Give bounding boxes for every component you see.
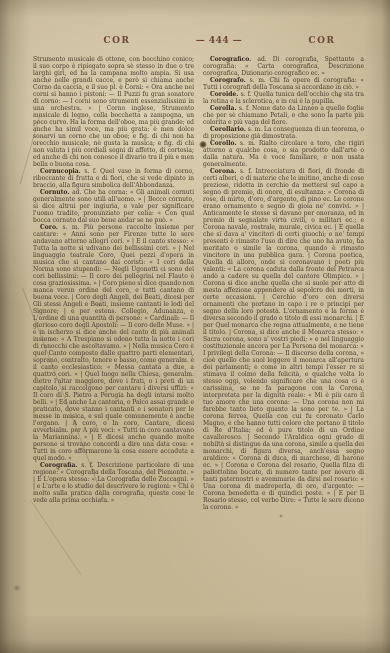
- paper-stain: [12, 585, 22, 591]
- entry-headword: Corollo.: [210, 140, 240, 147]
- running-head-left: COR: [103, 36, 130, 46]
- dictionary-entry: Corografo. s. m. Chi fa opere di corogra…: [203, 77, 364, 91]
- entry-headword: Corografo.: [210, 77, 250, 84]
- dictionary-entry: Coroide. s. f. Quella tunica dell'occhio…: [203, 91, 364, 105]
- dictionary-entry: Corografia. s. f. Descrizione particolar…: [33, 462, 194, 504]
- entry-headword: Corolla.: [210, 105, 239, 112]
- entry-headword: Cornucopia.: [40, 168, 84, 175]
- entry-headword: Corografico.: [210, 56, 257, 63]
- entry-headword: Coro.: [40, 224, 62, 231]
- text-block: Strumento musicale di ottone, con bocchi…: [33, 56, 364, 580]
- entry-headword: Corografia.: [40, 462, 81, 469]
- dictionary-entry: Strumento musicale di ottone, con bocchi…: [33, 56, 194, 168]
- page-header: COR — 444 — COR: [33, 36, 363, 50]
- dictionary-entry: Corografico. ad. Di corografia, Spettant…: [203, 56, 364, 77]
- entry-headword: Corona.: [210, 168, 240, 175]
- entry-headword: Cornuto.: [40, 189, 72, 196]
- entry-headword: Corollario.: [210, 126, 248, 133]
- column-left: Strumento musicale di ottone, con bocchi…: [33, 56, 194, 580]
- dictionary-entry: Cornucopia. s. f. Quel vaso in forma di …: [33, 168, 194, 189]
- scanned-dictionary-page: COR — 444 — COR Strumento musicale di ot…: [0, 0, 390, 653]
- dictionary-entry: Corolla. s. f. Nome dato da Linneo a que…: [203, 105, 364, 126]
- dictionary-entry: Corollario. s. m. La conseguenza di un t…: [203, 126, 364, 140]
- dictionary-entry: Coro. s. m. Più persone raccolte insieme…: [33, 224, 194, 462]
- dictionary-entry: Corona. s. f. Intrecciatura di fiori, di…: [203, 168, 364, 511]
- entry-headword: Coroide.: [210, 91, 241, 98]
- page-number: — 444 —: [196, 36, 243, 46]
- dictionary-entry: Corollo. s. m. Rialto circolare a toro, …: [203, 140, 364, 168]
- running-head-right: COR: [308, 36, 335, 46]
- column-right: Corografico. ad. Di corografia, Spettant…: [203, 56, 364, 580]
- dictionary-entry: Cornuto. ad. Che ha corna: « Gli animali…: [33, 189, 194, 224]
